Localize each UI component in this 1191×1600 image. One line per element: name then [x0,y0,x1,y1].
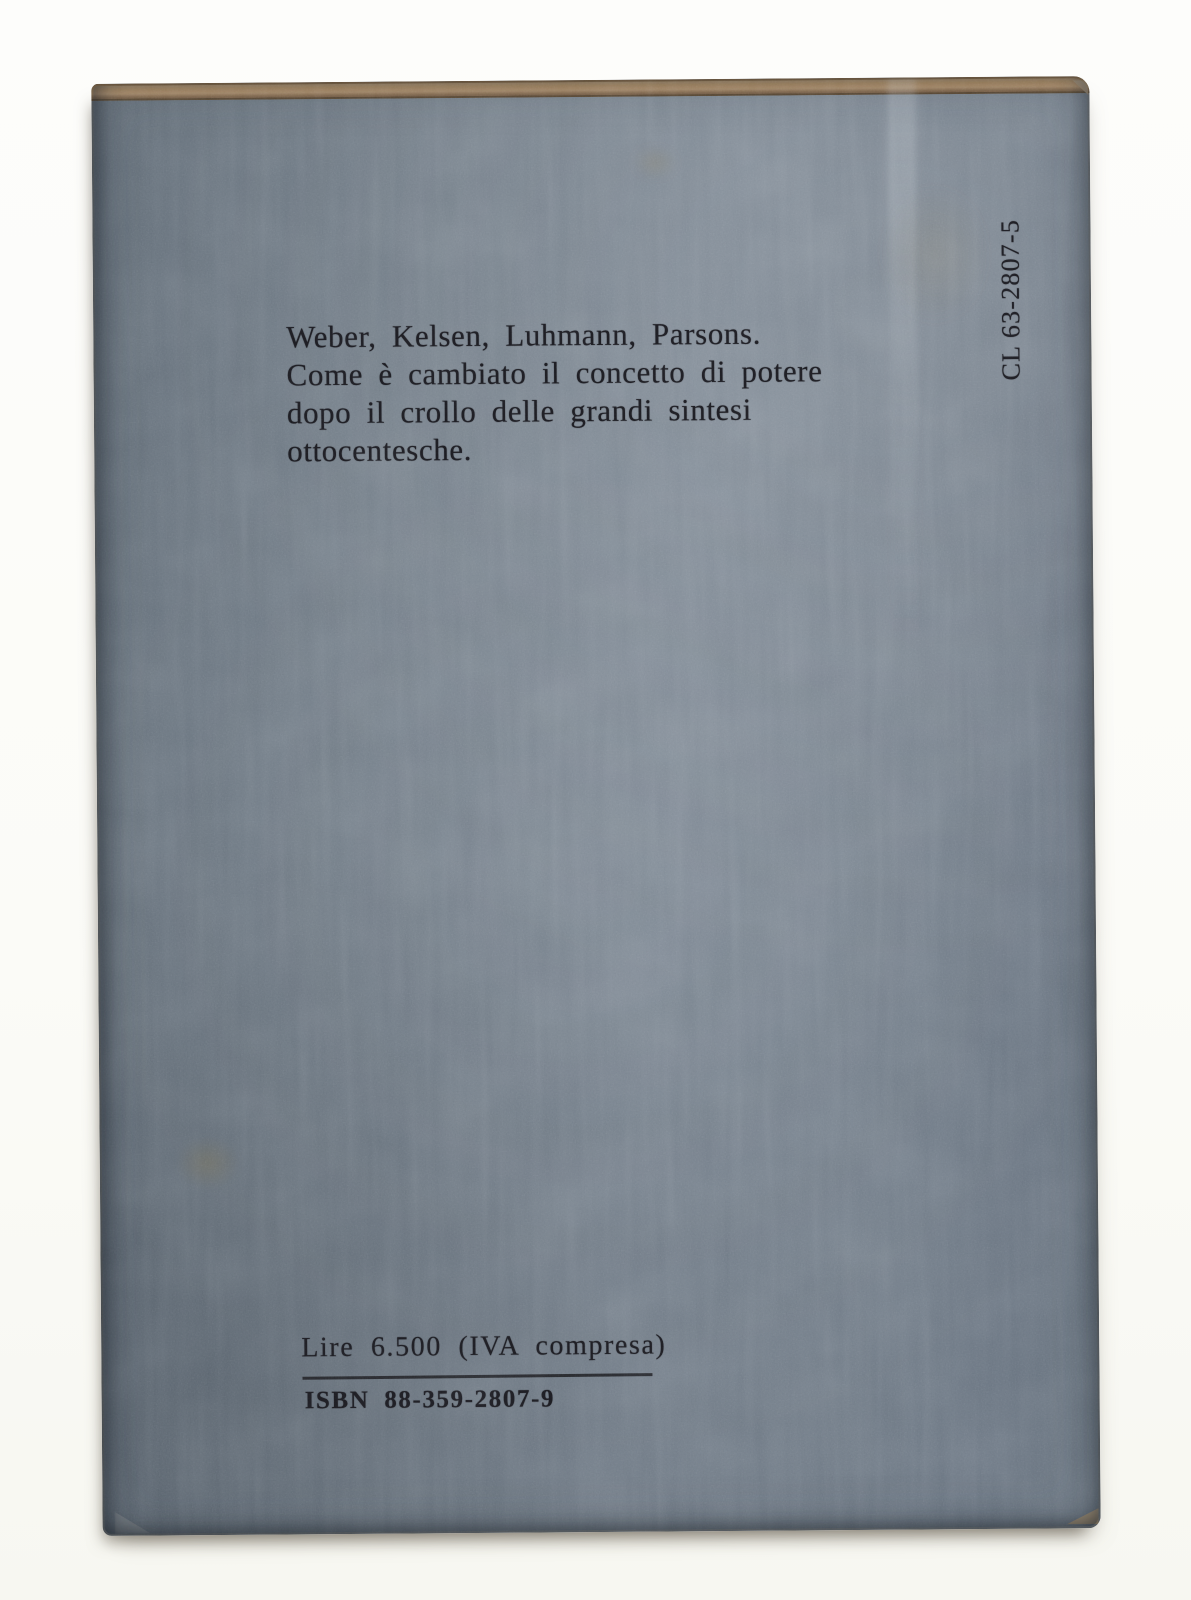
catalog-code-vertical: CL 63-2807-5 [995,216,1026,384]
photo-backdrop: Weber, Kelsen, Luhmann, Parsons. Come è … [0,0,1191,1600]
blurb-line-3: dopo il crollo delle grandi sintesi [287,390,823,432]
stain-spot [632,145,678,179]
stain-spot [176,1137,240,1190]
corner-wear-bottom-left [115,1512,151,1534]
cover-crease-highlight [887,77,919,637]
price-divider-line [302,1373,652,1380]
page-block-top-edge [91,76,1091,101]
isbn-text: ISBN 88-359-2807-9 [305,1384,556,1416]
blurb-line-1: Weber, Kelsen, Luhmann, Parsons. [286,314,822,356]
corner-wear-bottom-right [1067,1508,1099,1524]
stain-spot [878,183,991,326]
book-back-cover: Weber, Kelsen, Luhmann, Parsons. Come è … [91,76,1100,1536]
blurb-text: Weber, Kelsen, Luhmann, Parsons. Come è … [286,314,823,470]
blurb-line-4: ottocentesche. [287,428,823,470]
blurb-line-2: Come è cambiato il concetto di potere [286,352,822,394]
price-text: Lire 6.500 (IVA compresa) [301,1328,666,1365]
